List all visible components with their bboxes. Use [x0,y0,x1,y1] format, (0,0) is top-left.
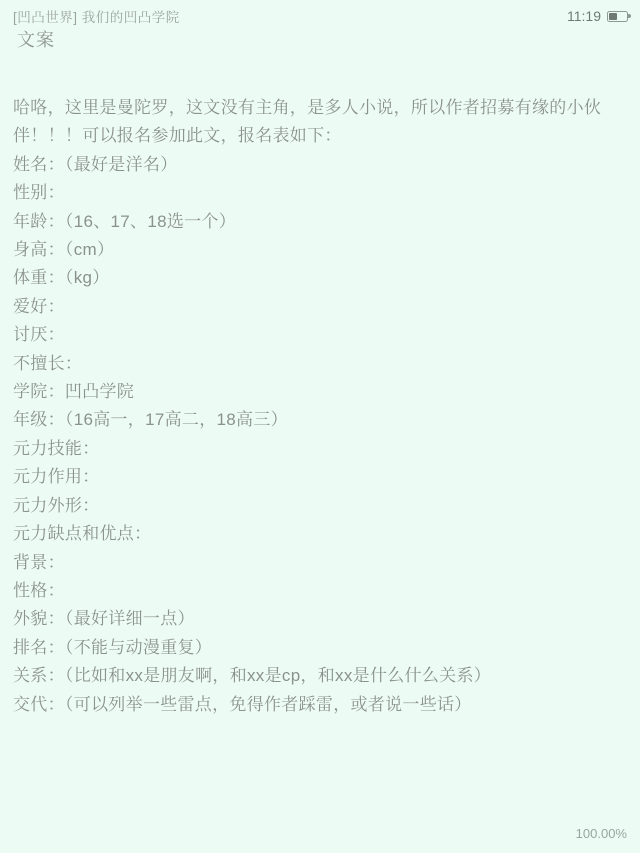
form-line-grade: 年级：（16高一，17高二，18高三） [13,406,627,434]
clock-time: 11:19 [567,8,601,24]
form-line-weakness: 不擅长： [13,350,627,378]
battery-nub [628,14,631,18]
form-line-personality: 性格： [13,577,627,605]
form-line-name: 姓名：（最好是洋名） [13,151,627,179]
reading-progress: 100.00% [576,826,627,841]
reader-page[interactable]: 哈咯，这里是曼陀罗，这文没有主角，是多人小说，所以作者招募有缘的小伙伴！！！可以… [0,52,640,719]
form-line-appearance: 外貌：（最好详细一点） [13,605,627,633]
chapter-title: [凹凸世界] 我们的凹凸学院 [13,6,180,26]
intro-paragraph: 哈咯，这里是曼陀罗，这文没有主角，是多人小说，所以作者招募有缘的小伙伴！！！可以… [13,94,605,151]
form-line-power-skill: 元力技能： [13,435,627,463]
form-line-academy: 学院：凹凸学院 [13,378,627,406]
battery-fill [609,13,617,20]
form-line-likes: 爱好： [13,293,627,321]
form-line-weight: 体重：（kg） [13,264,627,292]
form-line-relations: 关系：（比如和xx是朋友啊，和xx是cp，和xx是什么什么关系） [13,662,627,690]
form-line-ranking: 排名：（不能与动漫重复） [13,634,627,662]
form-line-height: 身高：（cm） [13,236,627,264]
form-line-gender: 性别： [13,179,627,207]
form-line-dislikes: 讨厌： [13,321,627,349]
form-line-power-appearance: 元力外形： [13,492,627,520]
form-line-age: 年龄：（16、17、18选一个） [13,208,627,236]
form-line-notes: 交代：（可以列举一些雷点，免得作者踩雷，或者说一些话） [13,691,627,719]
page-title: 文案 [0,24,640,52]
form-line-power-effect: 元力作用： [13,463,627,491]
status-bar: [凹凸世界] 我们的凹凸学院 11:19 [0,0,640,24]
form-line-power-pros-cons: 元力缺点和优点： [13,520,627,548]
battery-icon [607,11,628,22]
statusbar-right: 11:19 [567,8,628,24]
form-line-background: 背景： [13,549,627,577]
